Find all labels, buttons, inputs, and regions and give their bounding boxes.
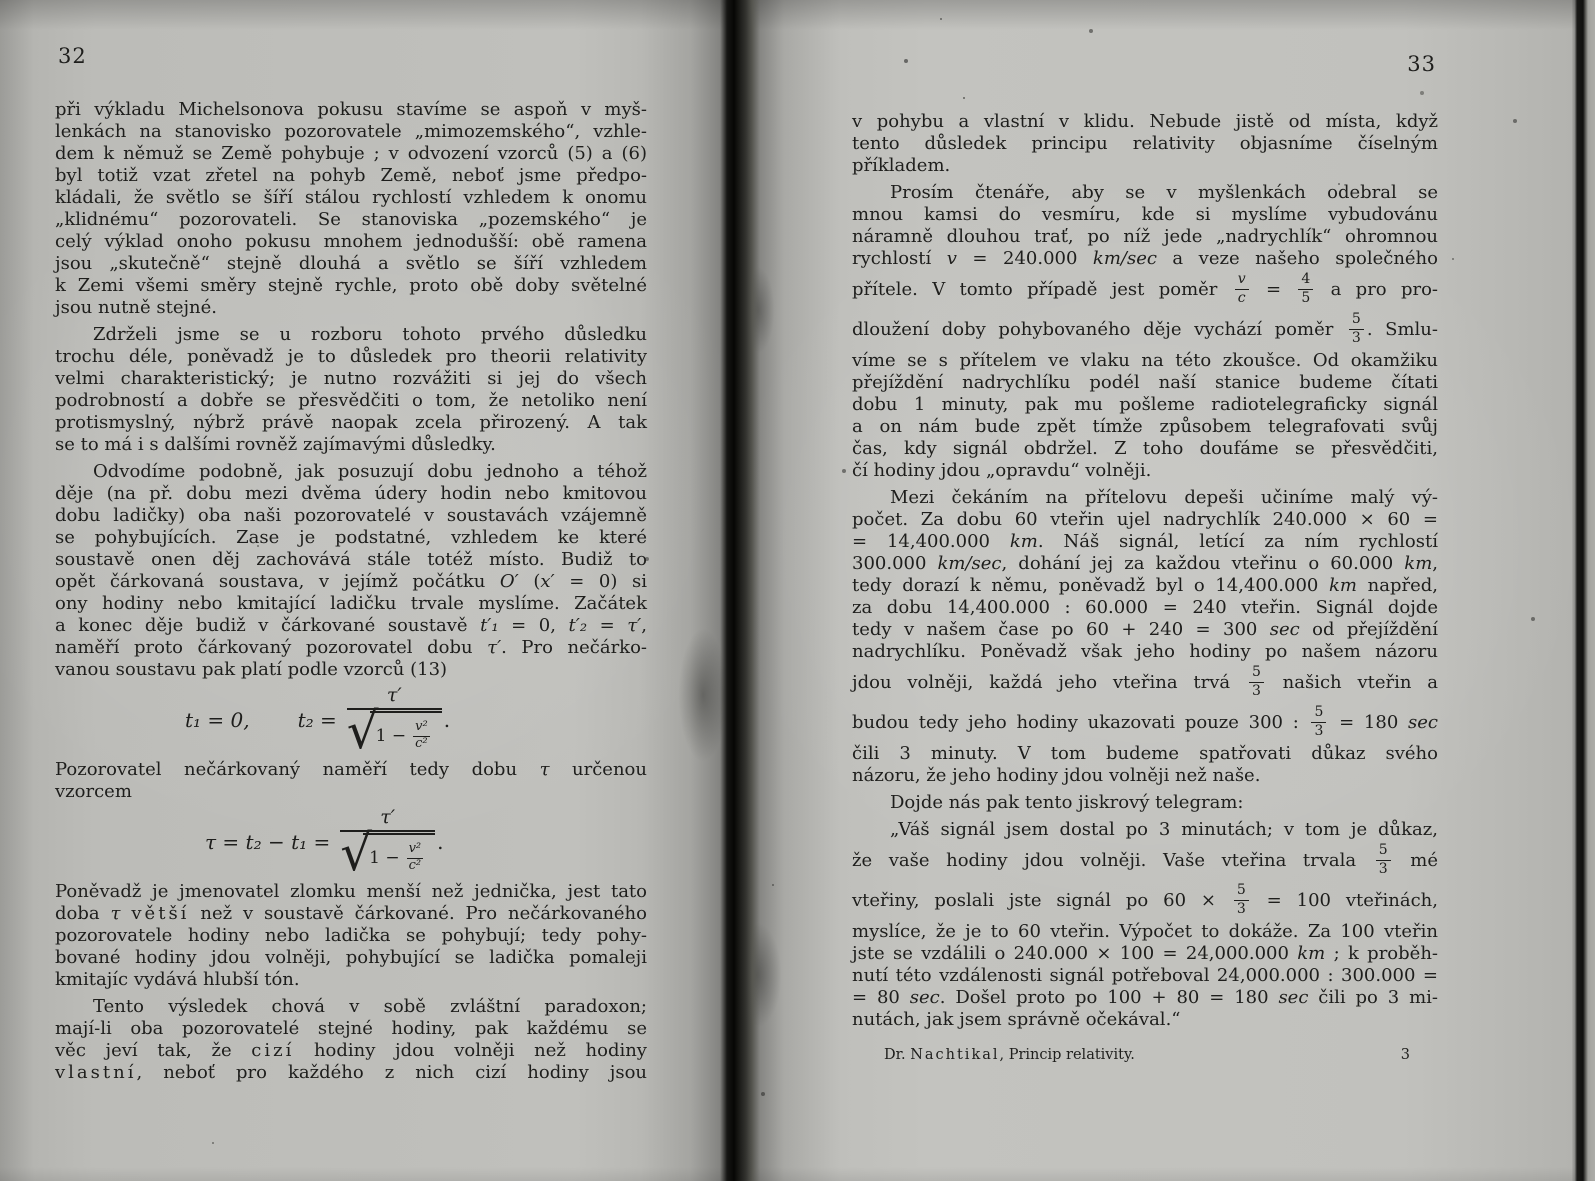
text-line: Dojde nás pak tento jiskrový telegram: — [852, 792, 1438, 814]
text-line: myslíce, že je to 60 vteřin. Výpočet to … — [852, 921, 1438, 943]
formula-fraction: τ′ √ 1 − v² c² — [347, 684, 442, 757]
text-line: jsou nutně stejné. — [55, 297, 647, 319]
text-line: v pohybu a vlastní v klidu. Nebude jistě… — [852, 111, 1438, 133]
paragraph: Prosím čtenáře, aby se v myšlenkách odeb… — [852, 182, 1438, 482]
paragraph: při výkladu Michelsonova pokusu stavíme … — [55, 99, 647, 319]
text-line: čí hodiny jdou „opravdu“ volněji. — [852, 460, 1438, 482]
book-footer-credit: Dr. Nachtikal, Princip relativity. — [884, 1047, 1135, 1063]
text-line: děje (na př. dobu mezi dvěma údery hodin… — [55, 483, 647, 505]
inline-fraction: 53 — [1376, 843, 1391, 877]
text-line: počet. Za dobu 60 vteřin ujel nadrychlík… — [852, 509, 1438, 531]
text-line: dloužení doby pohybovaného děje vychází … — [852, 310, 1438, 350]
text-line: = 80 sec. Došel proto po 100 + 80 = 180 … — [852, 987, 1438, 1009]
text-line: Tento výsledek chová v sobě zvláštní par… — [55, 996, 647, 1018]
text-line: „Váš signál jsem dostal po 3 minutách; v… — [852, 819, 1438, 841]
paragraph: „Váš signál jsem dostal po 3 minutách; v… — [852, 819, 1438, 1031]
text-line: víme se s přítelem ve vlaku na této zkou… — [852, 350, 1438, 372]
paragraph: Odvodíme podobně, jak posuzují dobu jedn… — [55, 461, 647, 681]
text-line: podrobností a dobře se přesvědčiti o tom… — [55, 390, 647, 412]
text-line: příkladem. — [852, 155, 1438, 177]
text-line: doba τ větší než v soustavě čárkované. P… — [55, 903, 647, 925]
text-line: Poněvadž je jmenovatel zlomku menší než … — [55, 881, 647, 903]
book-spread-scan: 32 33 při výkladu Michelsonova pokusu st… — [0, 0, 1595, 1181]
paragraph: Tento výsledek chová v sobě zvláštní par… — [55, 996, 647, 1084]
text-line: pozorovatele hodiny nebo ladička se pohy… — [55, 925, 647, 947]
text-line: náramně dlouhou trať, po níž jede „nadry… — [852, 226, 1438, 248]
text-line: rychlostí v = 240.000 km/sec a veze naše… — [852, 248, 1438, 270]
math-formula: t₁ = 0, t₂ = τ′ √ 1 − v² c² . — [55, 681, 647, 759]
fraction-numerator: τ′ — [383, 684, 406, 708]
text-line: a konec děje budiž v čárkované soustavě … — [55, 615, 647, 637]
text-line: kmitajíc vydává hlubší tón. — [55, 969, 647, 991]
paragraph: Poněvadž je jmenovatel zlomku menší než … — [55, 881, 647, 991]
book-gutter-shadow — [640, 0, 840, 1181]
text-line: protismyslný, nýbrž právě naopak zcela p… — [55, 412, 647, 434]
text-line: se pohybujících. Zase je podstatné, vzhl… — [55, 527, 647, 549]
text-line: se to má i s dalšími rovněž zajímavými d… — [55, 434, 647, 456]
text-line: jsou „skutečně“ stejně dlouhá a světlo s… — [55, 253, 647, 275]
text-line: naměří proto čárkovaný pozorovatel dobu … — [55, 637, 647, 659]
ink-smudge — [735, 250, 781, 370]
text-line: přejíždění nadrychlíku podél naší stanic… — [852, 372, 1438, 394]
text-line: dem k němuž se Země pohybuje ; v odvozen… — [55, 143, 647, 165]
right-page-text-column: v pohybu a vlastní v klidu. Nebude jistě… — [852, 111, 1438, 1063]
text-line: budou tedy jeho hodiny ukazovati pouze 3… — [852, 703, 1438, 743]
left-page-text-column: při výkladu Michelsonova pokusu stavíme … — [55, 99, 647, 1084]
inline-fraction: 53 — [1311, 705, 1326, 739]
text-line: vanou soustavu pak platí podle vzorců (1… — [55, 659, 647, 681]
text-line: přítele. V tomto případě jest poměr vc =… — [852, 270, 1438, 310]
text-line: věc jeví tak, že cizí hodiny jdou volněj… — [55, 1040, 647, 1062]
inline-fraction: 45 — [1298, 272, 1313, 306]
text-line: byl totiž vzat zřetel na pohyb Země, neb… — [55, 165, 647, 187]
page-number-left: 32 — [58, 44, 87, 68]
ink-smudge — [668, 600, 738, 790]
text-line: = 14,400.000 km. Náš signál, letící za n… — [852, 531, 1438, 553]
text-line: tento důsledek principu relativity objas… — [852, 133, 1438, 155]
text-line: čas, kdy signál obdržel. Z toho doufáme … — [852, 438, 1438, 460]
text-line: Odvodíme podobně, jak posuzují dobu jedn… — [55, 461, 647, 483]
text-line: tedy v našem čase po 60 + 240 = 300 sec … — [852, 619, 1438, 641]
radical-body: 1 − v² c² — [363, 833, 435, 879]
text-line: že vaše hodiny jdou volněji. Vaše vteřin… — [852, 841, 1438, 881]
text-line: lenkách na stanovisko pozorovatele „mimo… — [55, 121, 647, 143]
text-line: „klidnému“ pozorovateli. Se stanoviska „… — [55, 209, 647, 231]
paragraph: Pozorovatel nečárkovaný naměří tedy dobu… — [55, 759, 647, 803]
text-line: opět čárkovaná soustava, v jejímž počátk… — [55, 571, 647, 593]
math-formula: τ = t₂ − t₁ = τ′ √ 1 − v² c² . — [55, 803, 647, 881]
text-line: mnou kamsi do vesmíru, kde si myslíme vy… — [852, 204, 1438, 226]
ink-smudge — [722, 900, 792, 1050]
text-line: čili 3 minuty. V tom budeme spatřovati d… — [852, 743, 1438, 765]
text-line: bované hodiny jdou volněji, pohybující s… — [55, 947, 647, 969]
formula-period: . — [444, 708, 450, 732]
fraction-denominator: √ 1 − v² c² — [340, 832, 435, 879]
paragraph: v pohybu a vlastní v klidu. Nebude jistě… — [852, 111, 1438, 177]
nested-fraction: v² c² — [407, 842, 424, 873]
text-line: Pozorovatel nečárkovaný naměří tedy dobu… — [55, 759, 647, 781]
text-line: ony hodiny nebo kmitající ladičku trvale… — [55, 593, 647, 615]
text-line: Mezi čekáním na přítelovu depeši učiníme… — [852, 487, 1438, 509]
text-line: dobu 1 minuty, pak mu pošleme radioteleg… — [852, 394, 1438, 416]
text-line: k Zemi všemi směry stejně rychle, proto … — [55, 275, 647, 297]
text-line: Prosím čtenáře, aby se v myšlenkách odeb… — [852, 182, 1438, 204]
text-line: při výkladu Michelsonova pokusu stavíme … — [55, 99, 647, 121]
text-line: dobu ladičky) oba naši pozorovatelé v so… — [55, 505, 647, 527]
text-line: tedy dorazí k němu, poněvadž byl o 14,40… — [852, 575, 1438, 597]
text-line: a on nám bude zpět tímže způsobem telegr… — [852, 416, 1438, 438]
dust-specks — [0, 0, 2, 2]
page-footer: Dr. Nachtikal, Princip relativity.3 — [852, 1047, 1438, 1063]
text-line: trochu déle, poněvadž je to důsledek pro… — [55, 346, 647, 368]
text-line: názoru, že jeho hodiny jdou volněji než … — [852, 765, 1438, 787]
text-line: velmi charakteristický; je nutno rozváži… — [55, 368, 647, 390]
formula-lhs: τ = t₂ − t₁ = — [205, 830, 330, 854]
text-line: Zdrželi jsme se u rozboru tohoto prvého … — [55, 324, 647, 346]
formula-period: . — [437, 830, 443, 854]
paragraph: Dojde nás pak tento jiskrový telegram: — [852, 792, 1438, 814]
text-line: celý výklad onoho pokusu mnohem jednoduš… — [55, 231, 647, 253]
formula-left-part: t₁ = 0, — [185, 708, 250, 732]
text-line: nutí této vzdálenosti signál potřeboval … — [852, 965, 1438, 987]
text-line: jdou volněji, každá jeho vteřina trvá 53… — [852, 663, 1438, 703]
formula-fraction: τ′ √ 1 − v² c² — [340, 806, 435, 879]
text-line: kládali, že světlo se šíří stálou rychlo… — [55, 187, 647, 209]
paragraph: Zdrželi jsme se u rozboru tohoto prvého … — [55, 324, 647, 456]
inline-fraction: vc — [1235, 272, 1249, 306]
text-line: nutách, jak jsem správně očekával.“ — [852, 1009, 1438, 1031]
sheet-number: 3 — [1401, 1047, 1410, 1063]
paragraph: Mezi čekáním na přítelovu depeši učiníme… — [852, 487, 1438, 787]
text-line: mají-li oba pozorovatelé stejné hodiny, … — [55, 1018, 647, 1040]
left-edge-shadow — [0, 0, 34, 1181]
nested-fraction: v² c² — [413, 720, 430, 751]
text-line: vteřiny, poslali jste signál po 60 × 53 … — [852, 881, 1438, 921]
page-edge — [1572, 0, 1595, 1181]
text-line: za dobu 14,400.000 : 60.000 = 240 vteřin… — [852, 597, 1438, 619]
bottom-edge-shadow — [0, 1167, 1595, 1181]
text-line: soustavě onen děj zachovává stále totéž … — [55, 549, 647, 571]
text-line: vzorcem — [55, 781, 647, 803]
text-line: jste se vzdálili o 240.000 × 100 = 24,00… — [852, 943, 1438, 965]
fraction-denominator: √ 1 − v² c² — [347, 710, 442, 757]
formula-lhs: t₂ = — [298, 708, 337, 732]
text-line: nadrychlíku. Poněvadž však jeho hodiny p… — [852, 641, 1438, 663]
inline-fraction: 53 — [1349, 312, 1364, 346]
page-number-right: 33 — [1396, 52, 1436, 76]
radical-body: 1 − v² c² — [370, 711, 442, 757]
text-line: vlastní, neboť pro každého z nich cizí h… — [55, 1062, 647, 1084]
top-edge-shadow — [0, 0, 1595, 30]
inline-fraction: 53 — [1234, 883, 1249, 917]
text-line: 300.000 km/sec, dohání jej za každou vte… — [852, 553, 1438, 575]
inline-fraction: 53 — [1249, 665, 1264, 699]
fraction-numerator: τ′ — [376, 806, 399, 830]
